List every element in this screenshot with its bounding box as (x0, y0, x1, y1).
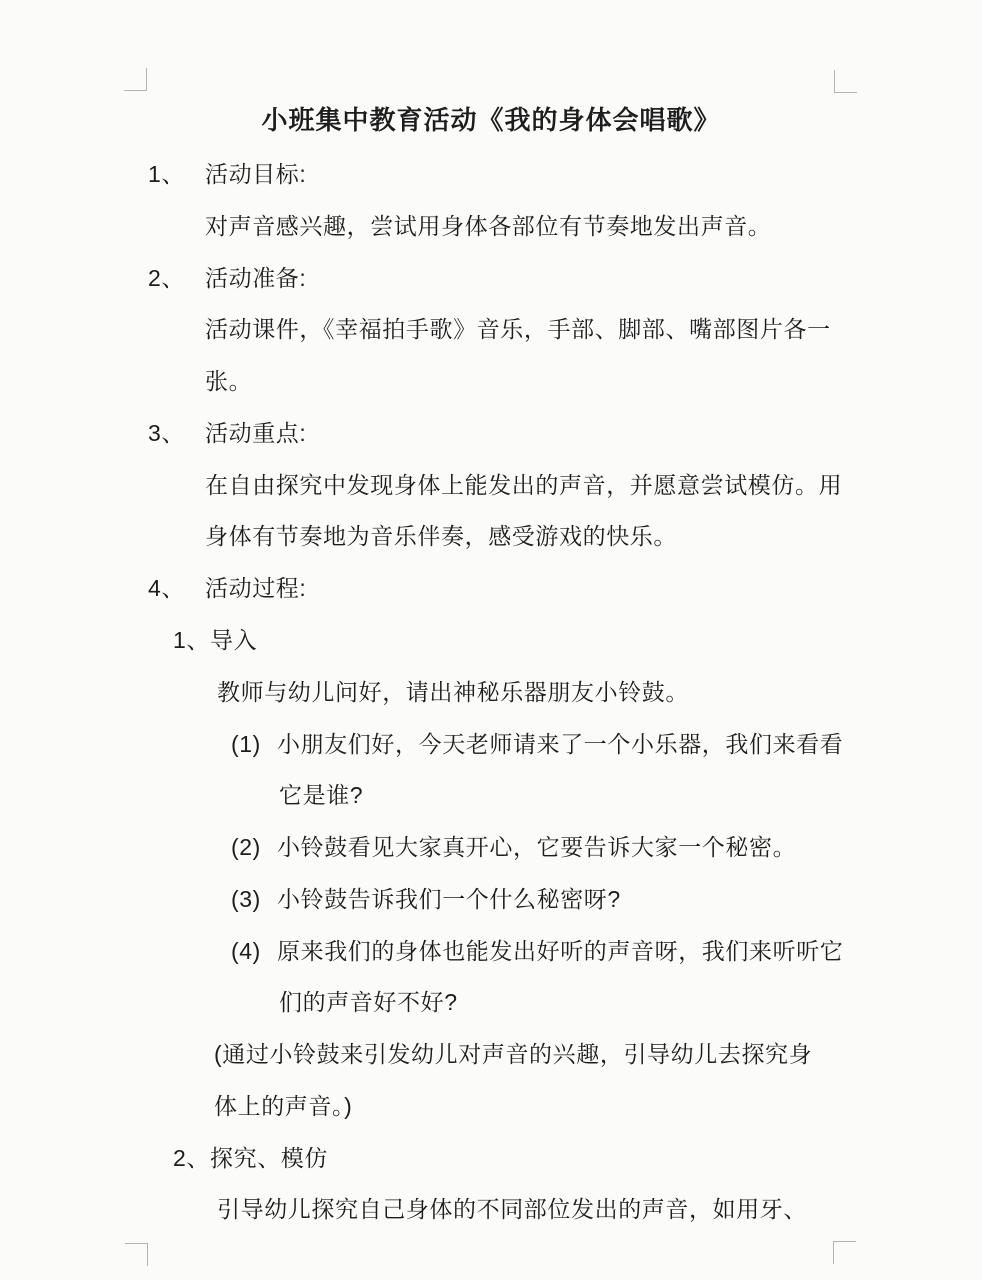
section-1-number: 1、 (148, 159, 205, 189)
section-1-heading-line: 1、活动目标: (148, 159, 306, 189)
teacher-note-line-2: 体上的声音。) (214, 1091, 352, 1121)
step-2-intro: 引导幼儿探究自己身体的不同部位发出的声音，如用牙、 (217, 1194, 807, 1224)
teacher-note-line-1: (通过小铃鼓来引发幼儿对声音的兴趣，引导幼儿去探究身 (214, 1039, 812, 1069)
question-3-text: 小铃鼓告诉我们一个什么秘密呀? (277, 886, 621, 912)
section-2-heading: 活动准备: (205, 265, 306, 291)
question-4-line-1: (4)原来我们的身体也能发出好听的声音呀，我们来听听它 (231, 936, 843, 966)
section-4-heading: 活动过程: (205, 575, 306, 601)
question-4-line-2: 们的声音好不好? (279, 987, 458, 1017)
crop-mark-top-left (124, 68, 147, 91)
page-title: 小班集中教育活动《我的身体会唱歌》 (0, 100, 982, 137)
question-4-text: 原来我们的身体也能发出好听的声音呀，我们来听听它 (277, 938, 843, 964)
section-4-heading-line: 4、活动过程: (148, 573, 306, 603)
section-2-number: 2、 (148, 263, 205, 293)
section-1-heading: 活动目标: (205, 161, 306, 187)
question-1-line-2: 它是谁? (279, 780, 363, 810)
step-1-label: 1、导入 (173, 625, 257, 655)
section-3-heading-line: 3、活动重点: (148, 418, 306, 448)
section-3-body-line-1: 在自由探究中发现身体上能发出的声音，并愿意尝试模仿。用 (205, 470, 842, 500)
question-1-marker: (1) (231, 729, 277, 759)
crop-mark-bottom-right (833, 1241, 856, 1264)
section-1-body-line-1: 对声音感兴趣，尝试用身体各部位有节奏地发出声音。 (205, 211, 771, 241)
section-2-heading-line: 2、活动准备: (148, 263, 306, 293)
section-4-number: 4、 (148, 573, 205, 603)
question-4-marker: (4) (231, 936, 277, 966)
crop-mark-bottom-left (125, 1243, 148, 1266)
step-1-intro: 教师与幼儿问好，请出神秘乐器朋友小铃鼓。 (217, 677, 689, 707)
question-2-line-1: (2)小铃鼓看见大家真开心，它要告诉大家一个秘密。 (231, 832, 796, 862)
question-1-line-1: (1)小朋友们好，今天老师请来了一个小乐器，我们来看看 (231, 729, 843, 759)
crop-mark-top-right (834, 70, 857, 93)
question-3-marker: (3) (231, 884, 277, 914)
section-2-body-line-2: 张。 (205, 366, 252, 396)
section-3-body-line-2: 身体有节奏地为音乐伴奏，感受游戏的快乐。 (205, 521, 677, 551)
question-1-text: 小朋友们好，今天老师请来了一个小乐器，我们来看看 (277, 731, 843, 757)
section-3-heading: 活动重点: (205, 420, 306, 446)
section-3-number: 3、 (148, 418, 205, 448)
section-2-body-line-1: 活动课件，《幸福拍手歌》音乐，手部、脚部、嘴部图片各一 (205, 314, 831, 344)
question-2-text: 小铃鼓看见大家真开心，它要告诉大家一个秘密。 (277, 834, 796, 860)
document-page: 小班集中教育活动《我的身体会唱歌》 1、活动目标: 对声音感兴趣，尝试用身体各部… (0, 0, 982, 1280)
step-2-label: 2、探究、模仿 (173, 1143, 328, 1173)
question-3-line-1: (3)小铃鼓告诉我们一个什么秘密呀? (231, 884, 621, 914)
question-2-marker: (2) (231, 832, 277, 862)
